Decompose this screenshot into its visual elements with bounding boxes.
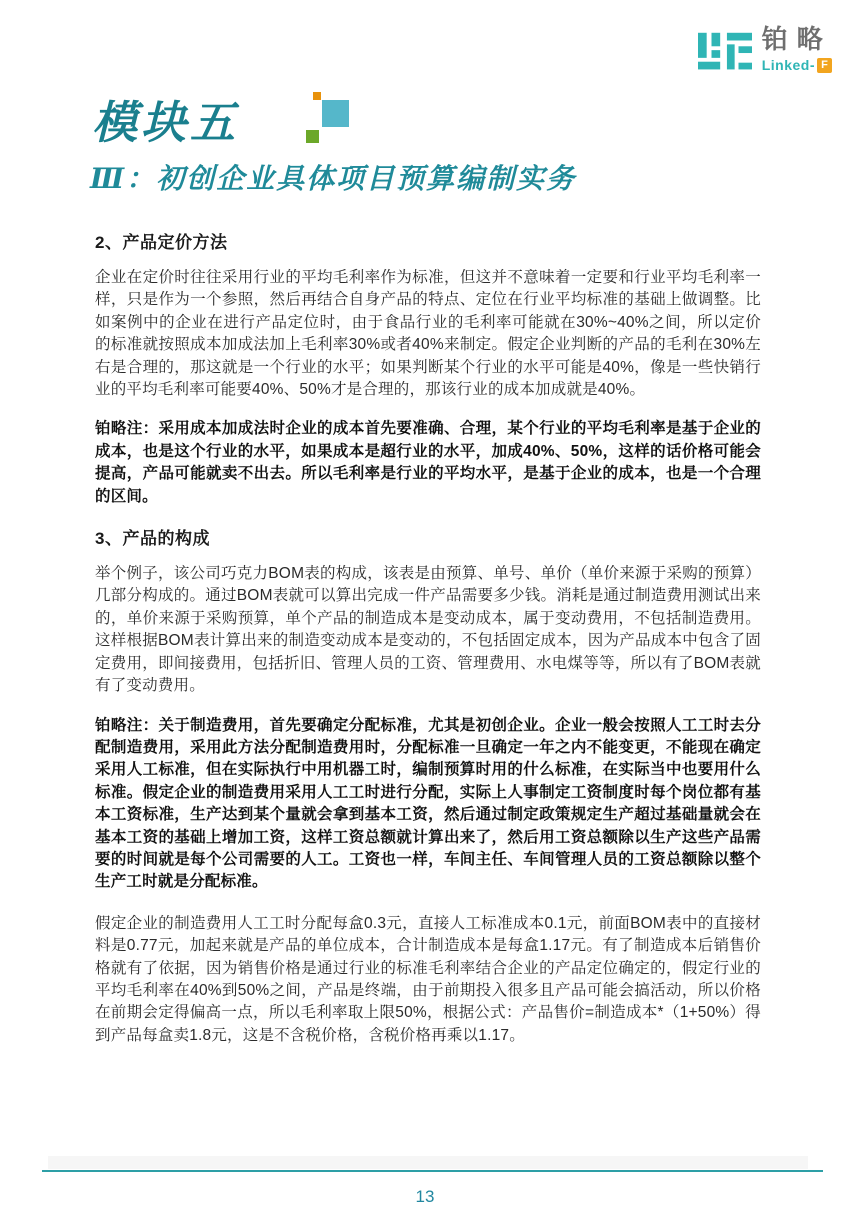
document-body: 2、产品定价方法 企业在定价时往往采用行业的平均毛利率作为标准，但这并不意味着一… bbox=[95, 231, 761, 1064]
paragraph-unit-cost-pricing: 假定企业的制造费用人工工时分配每盒0.3元，直接人工标准成本0.1元，前面BOM… bbox=[95, 913, 761, 1047]
brand-logo-text: 铂略 Linked- F bbox=[762, 24, 832, 73]
section-heading-composition: 3、产品的构成 bbox=[95, 527, 761, 551]
page-subtitle: Ⅲ：初创企业具体项目预算编制实务 bbox=[90, 160, 576, 198]
brand-logo: 铂略 Linked- F bbox=[698, 24, 832, 76]
note-bolue-pricing: 铂略注：采用成本加成法时企业的成本首先要准确、合理，某个行业的平均毛利率是基于企… bbox=[95, 418, 761, 508]
brand-name-cn: 铂略 bbox=[762, 24, 832, 54]
decor-square-green-icon bbox=[306, 130, 319, 143]
note-bolue-manufacturing-cost: 铂略注：关于制造费用，首先要确定分配标准，尤其是初创企业。企业一般会按照人工工时… bbox=[95, 715, 761, 894]
section-heading-pricing: 2、产品定价方法 bbox=[95, 231, 761, 255]
decor-square-orange-icon bbox=[313, 92, 321, 100]
brand-name-en: Linked- bbox=[762, 57, 815, 73]
linked-f-logo-icon bbox=[698, 32, 752, 76]
page-number: 13 bbox=[0, 1187, 850, 1207]
module-title: 模块五 bbox=[92, 94, 239, 152]
brand-name-en-row: Linked- F bbox=[762, 57, 832, 73]
decor-square-cyan-icon bbox=[322, 100, 349, 127]
footer-shadow-band bbox=[48, 1156, 808, 1169]
document-page: 铂略 Linked- F 模块五 Ⅲ：初创企业具体项目预算编制实务 2、产品定价… bbox=[0, 0, 850, 1228]
paragraph-pricing-method: 企业在定价时往往采用行业的平均毛利率作为标准，但这并不意味着一定要和行业平均毛利… bbox=[95, 267, 761, 401]
brand-f-badge-icon: F bbox=[817, 58, 832, 73]
paragraph-bom-composition: 举个例子，该公司巧克力BOM表的构成，该表是由预算、单号、单价（单价来源于采购的… bbox=[95, 563, 761, 697]
footer-divider-line bbox=[42, 1170, 823, 1172]
